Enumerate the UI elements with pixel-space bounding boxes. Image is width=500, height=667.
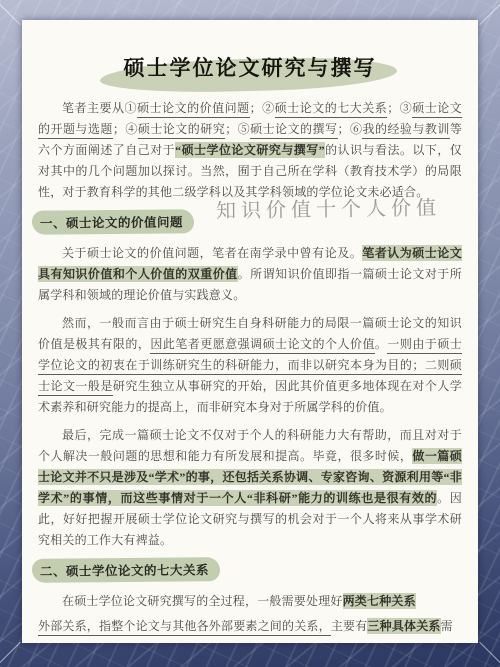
text-segment: 主要有 <box>331 619 368 633</box>
section-2-heading: 二、硕士学位论文的七大关系 <box>32 557 220 583</box>
document-page: 硕士学位论文研究与撰写 笔者主要从①硕士论文的价值问题；②硕士论文的七大关系；③… <box>22 20 478 643</box>
text-segment: ；② <box>250 101 275 115</box>
paragraph-personal-value: 然而，一般而言由于硕士研究生自身科研能力的局限一篇硕士论文的知识价值是极其有限的… <box>38 313 462 418</box>
text-segment: 因此笔者更愿意强调硕士论文的个人价值 <box>150 337 375 354</box>
text-segment: 两类七种关系 <box>343 593 416 609</box>
text-segment: 需 <box>441 619 453 633</box>
frame-corner-joint <box>0 642 21 667</box>
text-segment: 硕士论文的七大关系 <box>275 101 388 118</box>
paragraph-relations: 在硕士学位论文研究撰写的全过程，一般需要处理好两类七种关系 <box>38 591 462 612</box>
text-segment: 我的经验与教训 <box>362 122 449 139</box>
text-segment: 笔者主要从① <box>62 101 137 115</box>
section-1-heading: 一、硕士论文的价值问题 <box>32 209 194 234</box>
text-segment: 三种具体关系 <box>367 618 440 634</box>
text-segment: “硕士学位论文研究与撰写” <box>175 142 325 158</box>
title-block: 硕士学位论文研究与撰写 <box>38 50 462 84</box>
text-segment: ；④ <box>113 122 138 136</box>
section-1-header: 一、硕士论文的价值问题 知识价值十个人价值 <box>38 210 462 234</box>
section-2-header: 二、硕士学位论文的七大关系 <box>38 558 462 582</box>
text-segment: 最后，完成一篇硕士论文不仅对于个人的科研能力大有帮助，而且对对于个人解决一般问题… <box>38 428 462 463</box>
page-title: 硕士学位论文研究与撰写 <box>118 50 383 84</box>
frame-corner-joint <box>479 642 500 667</box>
text-segment: ；⑥ <box>338 122 363 136</box>
text-segment: 硕士论文的撰写 <box>250 122 337 139</box>
paragraph-benefit: 最后，完成一篇硕士论文不仅对于个人的科研能力大有帮助，而且对对于个人解决一般问题… <box>38 425 462 551</box>
text-segment: ；③ <box>387 101 412 115</box>
paragraph-value: 关于硕士论文的价值问题，笔者在南学录中曾有论及。笔者认为硕士论文具有知识价值和个… <box>38 243 462 306</box>
text-segment: 关于硕士论文的价值问题，笔者在南学录中曾有论及。 <box>62 246 362 260</box>
text-segment: 硕士论文的研究 <box>138 122 225 139</box>
text-segment: 。 <box>375 337 387 351</box>
frame-corner-joint <box>479 1 500 26</box>
paragraph-external-relations: 外部关系，指整个论文与其他各外部要素之间的关系，主要有三种具体关系需 <box>38 616 462 637</box>
handwritten-annotation: 知识价值十个人价值 <box>216 191 441 223</box>
text-segment: 硕士论文的价值问题 <box>137 101 250 118</box>
text-segment: 外部关系，指整个论文与其他各外部要素之间的关系， <box>38 619 331 636</box>
text-segment: 在硕士学位论文研究撰写的全过程，一般需要处理好 <box>62 594 343 608</box>
paragraph-intro: 笔者主要从①硕士论文的价值问题；②硕士论文的七大关系；③硕士论文的开题与选题；④… <box>38 98 462 203</box>
frame-corner-joint <box>0 1 21 26</box>
text-segment: ；⑤ <box>225 122 250 136</box>
